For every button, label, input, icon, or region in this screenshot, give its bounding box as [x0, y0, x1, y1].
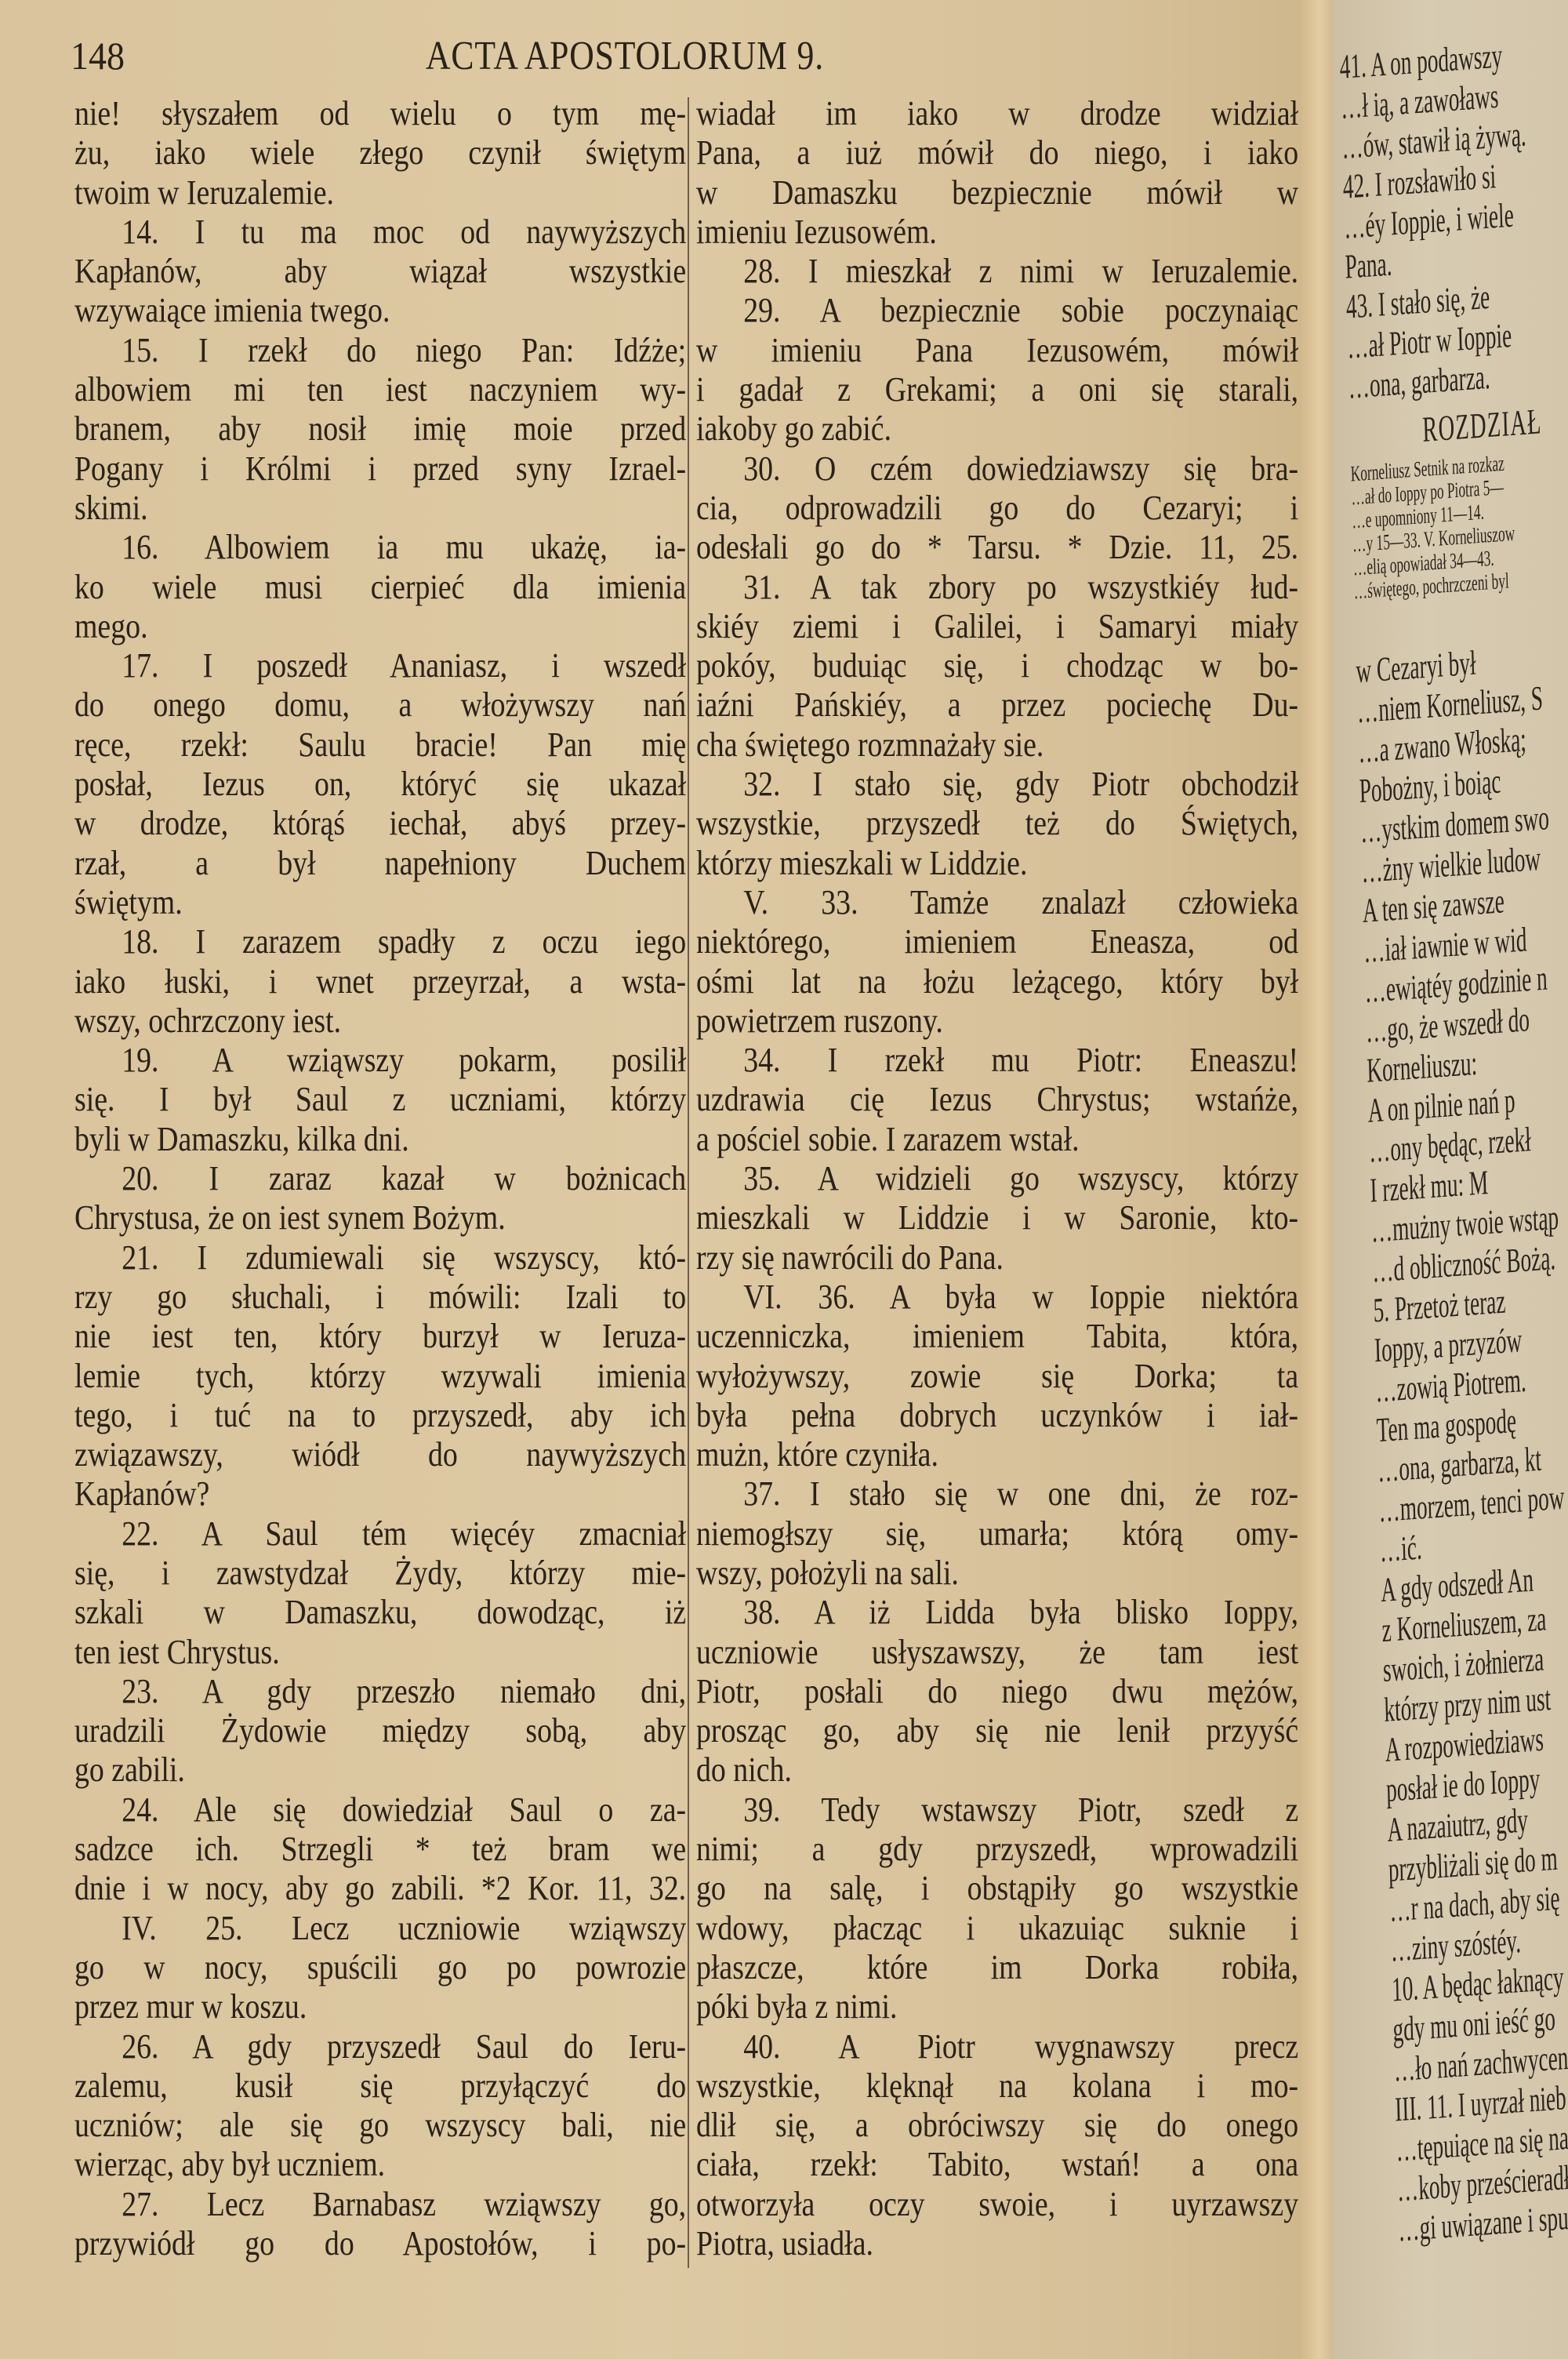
- text-line: w imieniu Pana Iezusowém, mówił: [696, 331, 1298, 370]
- book-page-left: 148 ACTA APOSTOLORUM 9. nie! słyszałem o…: [0, 0, 1311, 2359]
- text-line: rzy się nawrócili do Pana.: [696, 1238, 1298, 1278]
- text-line: 39. Tedy wstawszy Piotr, szedł z: [696, 1790, 1298, 1830]
- text-line: 29. A bezpiecznie sobie poczynaiąc: [696, 291, 1298, 330]
- text-line: uczniów; ale się go wszyscy bali, nie: [74, 2106, 686, 2145]
- text-line: powietrzem ruszony.: [696, 1001, 1298, 1041]
- text-line: się, i zawstydzał Żydy, którzy mie-: [74, 1554, 686, 1593]
- text-line: go w nocy, spuścili go po powrozie: [74, 1948, 686, 1987]
- text-line: przez mur w koszu.: [74, 1987, 686, 2026]
- text-line: albowiem mi ten iest naczyniem wy-: [74, 370, 686, 409]
- text-line: wiadał im iako w drodze widział: [696, 94, 1298, 133]
- text-line: skiéy ziemi i Galilei, i Samaryi miały: [696, 607, 1298, 646]
- book-page-facing: 41. A on podawszy…ł ią, a zawoławs…ów, s…: [1333, 0, 1568, 2359]
- text-line: posłał, Iezus on, któryć się ukazał: [74, 765, 686, 804]
- text-line: a pościel sobie. I zarazem wstał.: [696, 1120, 1298, 1159]
- text-line: 14. I tu ma moc od naywyższych: [74, 213, 686, 252]
- running-head: 148 ACTA APOSTOLORUM 9.: [0, 33, 1311, 80]
- text-line: iakoby go zabić.: [696, 409, 1298, 449]
- text-line: 27. Lecz Barnabasz wziąwszy go,: [74, 2185, 686, 2224]
- text-line: 22. A Saul tém więcéy zmacniał: [74, 1514, 686, 1554]
- text-line: odesłali go do * Tarsu. * Dzie. 11, 25.: [696, 528, 1298, 567]
- text-line: ko wiele musi cierpieć dla imienia: [74, 568, 686, 607]
- text-line: zalemu, kusił się przyłączyć do: [74, 2066, 686, 2106]
- text-line: mieszkali w Liddzie i w Saronie, kto-: [696, 1198, 1298, 1238]
- text-line: niektórego, imieniem Eneasza, od: [696, 922, 1298, 961]
- text-line: i gadał z Grekami; a oni się starali,: [696, 370, 1298, 409]
- text-line: wszy, ochrzczony iest.: [74, 1001, 686, 1041]
- text-line: 32. I stało się, gdy Piotr obchodził: [696, 765, 1298, 804]
- text-line: IV. 25. Lecz uczniowie wziąwszy: [74, 1909, 686, 1948]
- text-line: Piotra, usiadła.: [696, 2224, 1298, 2263]
- text-line: 24. Ale się dowiedział Saul o za-: [74, 1790, 686, 1830]
- text-line: ten iest Chrystus.: [74, 1633, 686, 1672]
- facing-page-text: 41. A on podawszy…ł ią, a zawoławs…ów, s…: [1339, 33, 1568, 2250]
- text-line: 21. I zdumiewali się wszyscy, któ-: [74, 1238, 686, 1278]
- text-line: byli w Damaszku, kilka dni.: [74, 1120, 686, 1159]
- text-line: iako łuski, i wnet przeyrzał, a wsta-: [74, 962, 686, 1001]
- text-line: 37. I stało się w one dni, że roz-: [696, 1474, 1298, 1514]
- text-line: 16. Albowiem ia mu ukażę, ia-: [74, 528, 686, 567]
- text-line: mego.: [74, 607, 686, 646]
- text-line: Pana, a iuż mówił do niego, i iako: [696, 133, 1298, 173]
- text-line: płaszcze, które im Dorka robiła,: [696, 1948, 1298, 1987]
- text-line: branem, aby nosił imię moie przed: [74, 409, 686, 449]
- text-line: 34. I rzekł mu Piotr: Eneaszu!: [696, 1041, 1298, 1080]
- text-line: 40. A Piotr wygnawszy precz: [696, 2027, 1298, 2066]
- text-line: lemie tych, którzy wzywali imienia: [74, 1357, 686, 1396]
- text-line: 30. O czém dowiedziawszy się bra-: [696, 449, 1298, 489]
- text-line: rzy go słuchali, i mówili: Izali to: [74, 1278, 686, 1317]
- text-line: póki była z nimi.: [696, 1987, 1298, 2026]
- text-line: świętym.: [74, 883, 686, 922]
- text-line: wzywaiące imienia twego.: [74, 291, 686, 330]
- text-column-left: nie! słyszałem od wielu o tym mę-żu, iak…: [74, 94, 686, 2263]
- text-line: związawszy, wiódł do naywyższych: [74, 1435, 686, 1474]
- text-line: szkali w Damaszku, dowodząc, iż: [74, 1593, 686, 1632]
- text-line: przywiódł go do Apostołów, i po-: [74, 2224, 686, 2263]
- text-line: 31. A tak zbory po wszystkiéy łud-: [696, 568, 1298, 607]
- text-line: 20. I zaraz kazał w bożnicach: [74, 1159, 686, 1198]
- page-title: ACTA APOSTOLORUM 9.: [426, 33, 824, 79]
- text-line: VI. 36. A była w Ioppie niektóra: [696, 1278, 1298, 1317]
- text-line: Kapłanów, aby wiązał wszystkie: [74, 252, 686, 291]
- text-line: niemogłszy się, umarła; którą omy-: [696, 1514, 1298, 1554]
- text-line: rzał, a był napełniony Duchem: [74, 844, 686, 883]
- text-line: 23. A gdy przeszło niemało dni,: [74, 1672, 686, 1711]
- text-line: 15. I rzekł do niego Pan: Idźże;: [74, 331, 686, 370]
- text-line: do nich.: [696, 1750, 1298, 1790]
- text-line: twoim w Ieruzalemie.: [74, 173, 686, 213]
- text-line: wszy, położyli na sali.: [696, 1554, 1298, 1593]
- text-line: uradzili Żydowie między sobą, aby: [74, 1711, 686, 1750]
- text-line: 28. I mieszkał z nimi w Ieruzalemie.: [696, 252, 1298, 291]
- text-line: Pogany i Królmi i przed syny Izrael-: [74, 449, 686, 489]
- text-line: 18. I zarazem spadły z oczu iego: [74, 922, 686, 961]
- text-line: uczenniczka, imieniem Tabita, która,: [696, 1317, 1298, 1356]
- text-line: prosząc go, aby się nie lenił przyyść: [696, 1711, 1298, 1750]
- text-line: Piotr, posłali do niego dwu mężów,: [696, 1672, 1298, 1711]
- text-line: w Damaszku bezpiecznie mówił w: [696, 173, 1298, 213]
- text-line: imieniu Iezusowém.: [696, 213, 1298, 252]
- text-line: iaźni Pańskiéy, a przez pociechę Du-: [696, 685, 1298, 725]
- text-column-middle: wiadał im iako w drodze widziałPana, a i…: [696, 94, 1298, 2263]
- text-line: cia, odprowadzili go do Cezaryi; i: [696, 489, 1298, 528]
- text-line: uczniowie usłyszawszy, że tam iest: [696, 1633, 1298, 1672]
- text-line: Chrystusa, że on iest synem Bożym.: [74, 1198, 686, 1238]
- text-line: mużn, które czyniła.: [696, 1435, 1298, 1474]
- text-line: którzy mieszkali w Liddzie.: [696, 844, 1298, 883]
- text-line: ciała, rzekł: Tabito, wstań! a ona: [696, 2145, 1298, 2184]
- text-line: 38. A iż Lidda była blisko Ioppy,: [696, 1593, 1298, 1632]
- text-line: ośmi lat na łożu leżącego, który był: [696, 962, 1298, 1001]
- text-line: nimi; a gdy przyszedł, wprowadzili: [696, 1830, 1298, 1869]
- text-line: wszystkie, przyszedł też do Świętych,: [696, 804, 1298, 843]
- text-line: 35. A widzieli go wszyscy, którzy: [696, 1159, 1298, 1198]
- text-line: ręce, rzekł: Saulu bracie! Pan mię: [74, 725, 686, 765]
- text-line: go na salę, i obstąpiły go wszystkie: [696, 1869, 1298, 1908]
- text-line: dlił się, a obróciwszy się do onego: [696, 2106, 1298, 2145]
- text-line: V. 33. Tamże znalazł człowieka: [696, 883, 1298, 922]
- column-divider: [688, 97, 689, 2268]
- text-line: wierząc, aby był uczniem.: [74, 2145, 686, 2184]
- text-line: do onego domu, a włożywszy nań: [74, 685, 686, 725]
- text-line: wyłożywszy, zowie się Dorka; ta: [696, 1357, 1298, 1396]
- text-line: tego, i tuć na to przyszedł, aby ich: [74, 1396, 686, 1435]
- text-line: sadzce ich. Strzegli * też bram we: [74, 1830, 686, 1869]
- text-line: wszystkie, klęknął na kolana i mo-: [696, 2066, 1298, 2106]
- text-line: 26. A gdy przyszedł Saul do Ieru-: [74, 2027, 686, 2066]
- text-line: otworzyła oczy swoie, i uyrzawszy: [696, 2185, 1298, 2224]
- text-line: uzdrawia cię Iezus Chrystus; wstańże,: [696, 1080, 1298, 1119]
- text-line: Kapłanów?: [74, 1474, 686, 1514]
- text-line: 17. I poszedł Ananiasz, i wszedł: [74, 646, 686, 685]
- text-line: się. I był Saul z uczniami, którzy: [74, 1080, 686, 1119]
- text-line: 19. A wziąwszy pokarm, posilił: [74, 1041, 686, 1080]
- text-line: dnie i w nocy, aby go zabili. *2 Kor. 11…: [74, 1869, 686, 1908]
- page-number: 148: [71, 33, 125, 78]
- text-line: żu, iako wiele złego czynił świętym: [74, 133, 686, 173]
- text-line: w drodze, którąś iechał, abyś przey-: [74, 804, 686, 843]
- text-line: wdowy, płacząc i ukazuiąc suknie i: [696, 1909, 1298, 1948]
- text-line: była pełna dobrych uczynków i iał-: [696, 1396, 1298, 1435]
- text-line: go zabili.: [74, 1750, 686, 1790]
- text-line: pokóy, buduiąc się, i chodząc w bo-: [696, 646, 1298, 685]
- text-line: skimi.: [74, 489, 686, 528]
- text-line: cha świętego rozmnażały sie.: [696, 725, 1298, 765]
- text-line: nie! słyszałem od wielu o tym mę-: [74, 94, 686, 133]
- text-line: nie iest ten, który burzył w Ieruza-: [74, 1317, 686, 1356]
